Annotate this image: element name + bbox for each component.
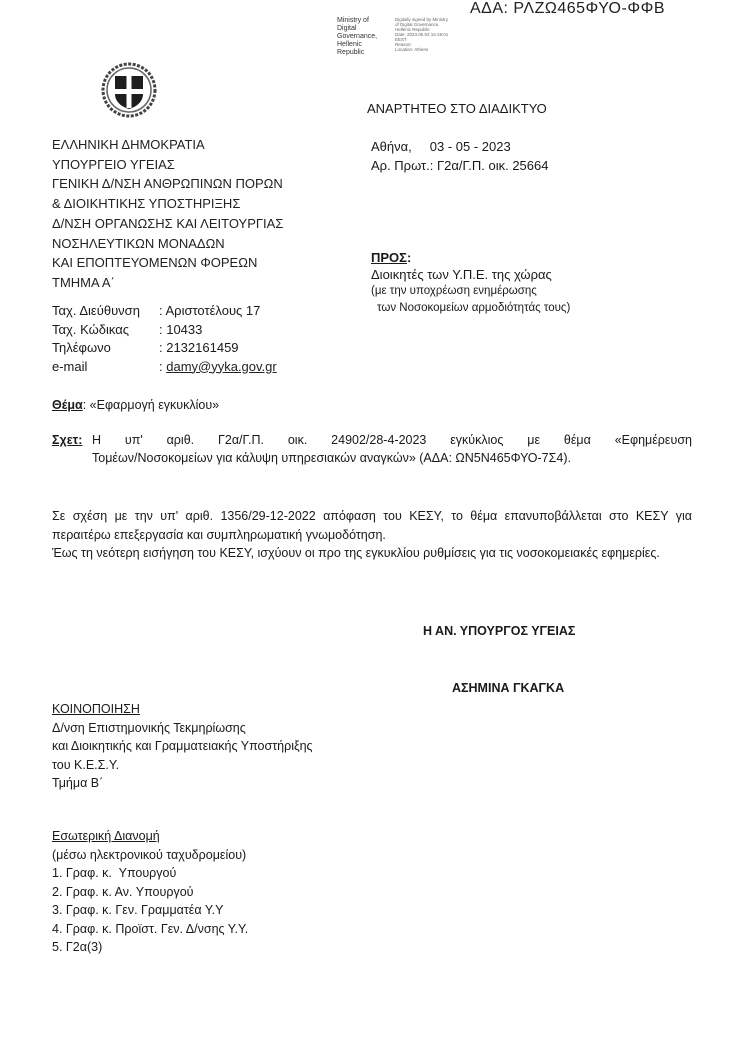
email-link[interactable]: damy@yyka.gov.gr (166, 358, 277, 377)
subject-text: : «Εφαρμογή εγκυκλίου» (83, 398, 219, 412)
signature-details: Digitally signed by Ministry of Digital … (395, 17, 455, 57)
subject-label: Θέμα (52, 398, 83, 412)
reference-text: Η υπ' αριθ. Γ2α/Γ.Π. οικ. 24902/28-4-202… (52, 431, 692, 449)
org-line: & ΔΙΟΙΚΗΤΙΚΗΣ ΥΠΟΣΤΗΡΙΞΗΣ (52, 194, 283, 214)
org-line: Δ/ΝΣΗ ΟΡΓΑΝΩΣΗΣ ΚΑΙ ΛΕΙΤΟΥΡΓΙΑΣ (52, 214, 283, 234)
contact-value: : Αριστοτέλους 17 (159, 302, 260, 321)
org-line: ΤΜΗΜΑ Α΄ (52, 273, 283, 293)
issuer-line: Ministry of Digital (337, 17, 389, 33)
date: 03 - 05 - 2023 (430, 139, 511, 154)
org-line: ΕΛΛΗΝΙΚΗ ΔΗΜΟΚΡΑΤΙΑ (52, 135, 283, 155)
distribution-item: 2. Γραφ. κ. Αν. Υπουργού (52, 883, 248, 902)
notification-block: ΚΟΙΝΟΠΟΙΗΣΗ Δ/νση Επιστημονικής Τεκμηρίω… (52, 700, 313, 793)
contact-label: Τηλέφωνο (52, 339, 159, 358)
recipients-title: ΠΡΟΣ (371, 250, 407, 265)
greek-coat-of-arms-icon (101, 62, 157, 118)
recipients-title-colon: : (407, 250, 411, 265)
issuer-line: Governance, (337, 33, 389, 41)
contact-label: Ταχ. Διεύθυνση (52, 302, 159, 321)
distribution-item: 4. Γραφ. κ. Προϊστ. Γεν. Δ/νσης Υ.Υ. (52, 920, 248, 939)
notification-title: ΚΟΙΝΟΠΟΙΗΣΗ (52, 700, 313, 719)
recipients-block: ΠΡΟΣ: Διοικητές των Υ.Π.Ε. της χώρας (με… (371, 249, 570, 317)
signatory-name: ΑΣΗΜΙΝΑ ΓΚΑΓΚΑ (452, 681, 564, 695)
contact-label: e-mail (52, 358, 159, 377)
contact-value: : 2132161459 (159, 339, 239, 358)
recipient-note: των Νοσοκομείων αρμοδιότητάς τους) (371, 300, 570, 317)
notification-line: του Κ.Ε.Σ.Υ. (52, 756, 313, 775)
org-line: ΝΟΣΗΛΕΥΤΙΚΩΝ ΜΟΝΑΔΩΝ (52, 234, 283, 254)
place: Αθήνα, (371, 139, 412, 154)
contact-label: Ταχ. Κώδικας (52, 321, 159, 340)
internal-distribution-block: Εσωτερική Διανομή (μέσω ηλεκτρονικού ταχ… (52, 827, 248, 957)
contact-prefix: : (159, 358, 166, 377)
internal-distribution-title: Εσωτερική Διανομή (52, 827, 248, 846)
body-text: Σε σχέση με την υπ' αριθ. 1356/29-12-202… (52, 507, 692, 563)
issuer-line: Hellenic Republic (337, 41, 389, 57)
contact-value: : 10433 (159, 321, 202, 340)
date-line: Αθήνα,03 - 05 - 2023 (371, 137, 548, 156)
signatory-role: Η ΑΝ. ΥΠΟΥΡΓΟΣ ΥΓΕΙΑΣ (423, 624, 575, 638)
distribution-item: 3. Γραφ. κ. Γεν. Γραμματέα Υ.Υ (52, 901, 248, 920)
digital-signature-stamp: Ministry of Digital Governance, Hellenic… (337, 17, 455, 57)
details-line: Location: Athens (395, 47, 455, 52)
org-line: ΓΕΝΙΚΗ Δ/ΝΣΗ ΑΝΘΡΩΠΙΝΩΝ ΠΟΡΩΝ (52, 174, 283, 194)
reference-text: Τομέων/Νοσοκομείων για κάλυψη υπηρεσιακώ… (52, 449, 692, 467)
distribution-item: 5. Γ2α(3) (52, 938, 248, 957)
reference-block: Σχετ: Η υπ' αριθ. Γ2α/Γ.Π. οικ. 24902/28… (52, 431, 692, 467)
notification-line: Δ/νση Επιστημονικής Τεκμηρίωσης (52, 719, 313, 738)
signature-issuer: Ministry of Digital Governance, Hellenic… (337, 17, 389, 57)
reference-label: Σχετ: (52, 431, 82, 449)
notification-line: Τμήμα Β΄ (52, 774, 313, 793)
contact-row-address: Ταχ. Διεύθυνση : Αριστοτέλους 17 (52, 302, 277, 321)
organization-block: ΕΛΛΗΝΙΚΗ ΔΗΜΟΚΡΑΤΙΑ ΥΠΟΥΡΓΕΙΟ ΥΓΕΙΑΣ ΓΕΝ… (52, 135, 283, 293)
contact-row-phone: Τηλέφωνο : 2132161459 (52, 339, 277, 358)
contact-block: Ταχ. Διεύθυνση : Αριστοτέλους 17 Ταχ. Κώ… (52, 302, 277, 376)
notification-line: και Διοικητικής και Γραμματειακής Υποστή… (52, 737, 313, 756)
org-line: ΥΠΟΥΡΓΕΙΟ ΥΓΕΙΑΣ (52, 155, 283, 175)
org-line: ΚΑΙ ΕΠΟΠΤΕΥΟΜΕΝΩΝ ΦΟΡΕΩΝ (52, 253, 283, 273)
subject-line: Θέμα: «Εφαρμογή εγκυκλίου» (52, 398, 219, 412)
contact-row-postcode: Ταχ. Κώδικας : 10433 (52, 321, 277, 340)
contact-row-email: e-mail : damy@yyka.gov.gr (52, 358, 277, 377)
recipient-line: Διοικητές των Υ.Π.Ε. της χώρας (371, 266, 570, 283)
distribution-item: 1. Γραφ. κ. Υπουργού (52, 864, 248, 883)
ada-code: ΑΔΑ: ΡΛΖΩ465ΦΥΟ-ΦΦΒ (470, 0, 665, 18)
protocol-number: Αρ. Πρωτ.: Γ2α/Γ.Π. οικ. 25664 (371, 156, 548, 175)
body-paragraph: Σε σχέση με την υπ' αριθ. 1356/29-12-202… (52, 507, 692, 544)
recipient-note: (με την υποχρέωση ενημέρωσης (371, 283, 570, 300)
body-paragraph: Έως τη νεότερη εισήγηση του ΚΕΣΥ, ισχύου… (52, 544, 692, 563)
internal-distribution-subtitle: (μέσω ηλεκτρονικού ταχυδρομείου) (52, 846, 248, 865)
post-online-note: ΑΝΑΡΤΗΤΕΟ ΣΤΟ ΔΙΑΔΙΚΤΥΟ (367, 101, 547, 116)
document-meta: Αθήνα,03 - 05 - 2023 Αρ. Πρωτ.: Γ2α/Γ.Π.… (371, 137, 548, 175)
